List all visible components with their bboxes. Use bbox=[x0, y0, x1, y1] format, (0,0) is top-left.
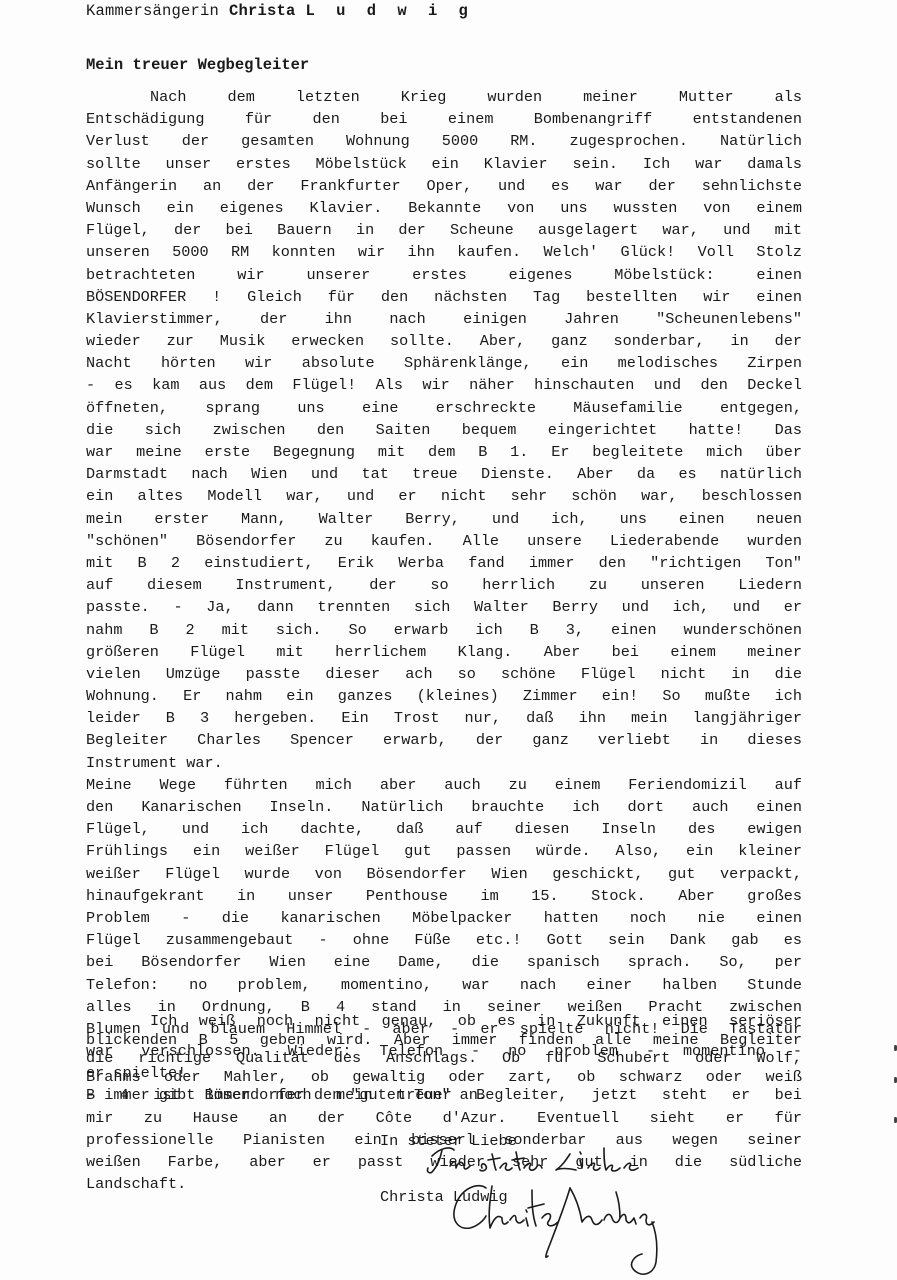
body-line: mein erster Mann, Walter Berry, und ich,… bbox=[86, 508, 802, 530]
letterhead-last-name: L u d w i g bbox=[306, 2, 474, 20]
letterhead: KammersängerinChristaL u d w i g bbox=[86, 2, 474, 20]
body-line: war meine erste Begegnung mit dem B 1. E… bbox=[86, 441, 802, 463]
body-line: öffneten, sprang uns eine erschreckte Mä… bbox=[86, 397, 802, 419]
body-line: vielen Umzüge passte dieser ach so schön… bbox=[86, 663, 802, 685]
body-line: Telefon: no problem, momentino, war nach… bbox=[86, 974, 802, 996]
body-line: Anfängerin an der Frankfurter Oper, und … bbox=[86, 175, 802, 197]
body-line: Darmstadt nach Wien und tat treue Dienst… bbox=[86, 463, 802, 485]
body-line: Klavierstimmer, der ihn nach einigen Jah… bbox=[86, 308, 802, 330]
letterhead-first-name: Christa bbox=[229, 2, 296, 20]
body-line: "schönen" Bösendorfer zu kaufen. Alle un… bbox=[86, 530, 802, 552]
body-line: unseren 5000 RM konnten wir ihn kaufen. … bbox=[86, 241, 802, 263]
body-line: Flügel zusammengebaut - ohne Füße etc.! … bbox=[86, 929, 802, 951]
body-line: die sich zwischen den Saiten bequem eing… bbox=[86, 419, 802, 441]
body-line: größeren Flügel mit herrlichem Klang. Ab… bbox=[86, 641, 802, 663]
body-line: Entschädigung für den bei einem Bombenan… bbox=[86, 108, 802, 130]
body-line: leider B 3 hergeben. Ein Trost nur, daß … bbox=[86, 707, 802, 729]
body-line: Begleiter Charles Spencer erwarb, der ga… bbox=[86, 729, 802, 751]
letter-title: Mein treuer Wegbegleiter bbox=[86, 56, 309, 74]
body-line: auf diesem Instrument, der so herrlich z… bbox=[86, 574, 802, 596]
body-line: betrachteten wir unserer erstes eigenes … bbox=[86, 264, 802, 286]
handwritten-signature bbox=[420, 1138, 740, 1280]
body-line: ein altes Modell war, und er nicht sehr … bbox=[86, 485, 802, 507]
scan-edge-marks bbox=[891, 1045, 897, 1135]
body-line: Nach dem letzten Krieg wurden meiner Mut… bbox=[86, 86, 802, 108]
body-line: Wohnung. Er nahm ein ganzes (kleines) Zi… bbox=[86, 685, 802, 707]
body-line: Flügel, und ich dachte, daß auf diesen I… bbox=[86, 818, 802, 840]
body-line: passte. - Ja, dann trennten sich Walter … bbox=[86, 596, 802, 618]
body-line: sollte unser erstes Möbelstück ein Klavi… bbox=[86, 153, 802, 175]
body-line: bei Bösendorfer Wien eine Dame, die span… bbox=[86, 951, 802, 973]
final-paragraph-line: blickenden B 5 geben wird. Aber immer fi… bbox=[86, 1031, 802, 1050]
body-line: - es kam aus dem Flügel! Als wir näher h… bbox=[86, 374, 802, 396]
body-line: mit B 2 einstudiert, Erik Werba fand imm… bbox=[86, 552, 802, 574]
body-line: BÖSENDORFER ! Gleich für den nächsten Ta… bbox=[86, 286, 802, 308]
body-line: Instrument war. bbox=[86, 752, 802, 774]
body-line: Problem - die kanarischen Möbelpacker ha… bbox=[86, 907, 802, 929]
body-line: wieder zur Musik erwecken sollte. Aber, … bbox=[86, 330, 802, 352]
body-line: Verlust der gesamten Wohnung 5000 RM. zu… bbox=[86, 130, 802, 152]
body-line: hinaufgekrant in unser Penthouse im 15. … bbox=[86, 885, 802, 907]
final-paragraph-line: Ich weiß noch nicht genau, ob es in Zuku… bbox=[86, 1012, 802, 1031]
final-paragraph-line: die richtige Qualität des Anschlags. Ob … bbox=[86, 1049, 802, 1068]
body-line: Frühlings ein weißer Flügel gut passen w… bbox=[86, 840, 802, 862]
body-line: Flügel, der bei Bauern in der Scheune au… bbox=[86, 219, 802, 241]
letter-page: KammersängerinChristaL u d w i g Mein tr… bbox=[0, 0, 897, 1280]
body-line: Meine Wege führten mich aber auch zu ein… bbox=[86, 774, 802, 796]
body-line: den Kanarischen Inseln. Natürlich brauch… bbox=[86, 796, 802, 818]
final-paragraph-line: Brahms oder Mahler, ob gewaltig oder zar… bbox=[86, 1068, 802, 1087]
body-line: weißer Flügel wurde von Bösendorfer Wien… bbox=[86, 863, 802, 885]
body-line: Wunsch ein eigenes Klavier. Bekannte von… bbox=[86, 197, 802, 219]
body-line: Nacht hörten wir absolute Sphärenklänge,… bbox=[86, 352, 802, 374]
final-paragraph: Ich weiß noch nicht genau, ob es in Zuku… bbox=[86, 1012, 802, 1105]
body-line: nahm B 2 mit sich. So erwarb ich B 3, ei… bbox=[86, 619, 802, 641]
letterhead-prefix: Kammersängerin bbox=[86, 2, 219, 20]
